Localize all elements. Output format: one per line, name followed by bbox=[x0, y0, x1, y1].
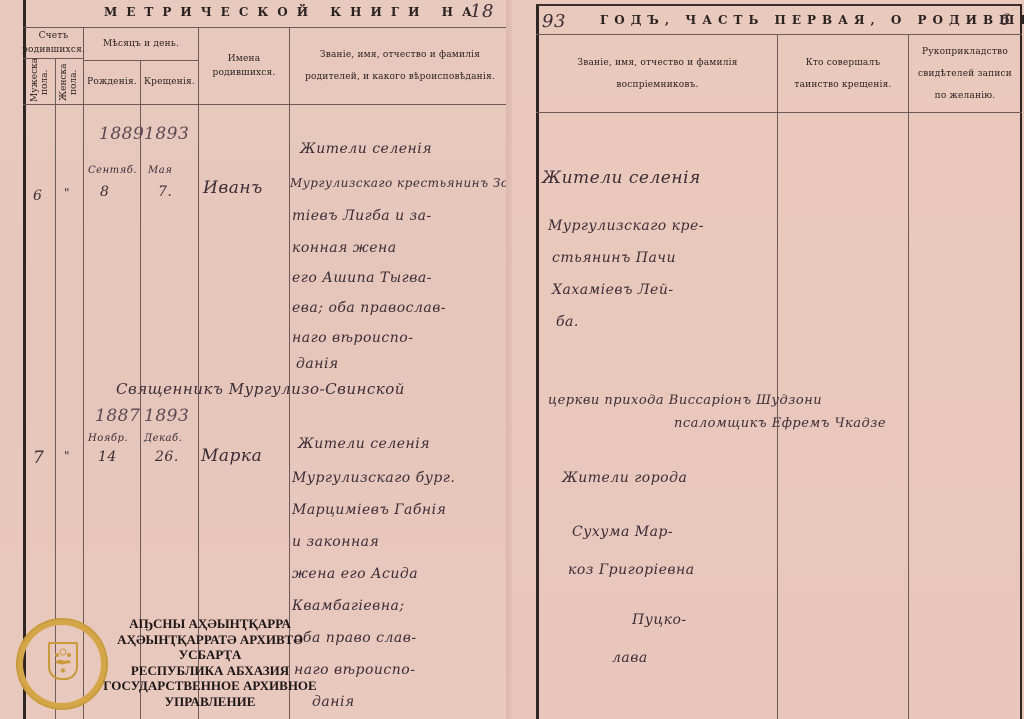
left-margin-rule bbox=[23, 0, 26, 719]
entry-parents-line: тiевъ Лигба и за- bbox=[292, 208, 432, 224]
archive-line: ГОСУДАРСТВЕННОЕ АРХИВНОЕ bbox=[100, 678, 320, 694]
godparents-line: Жители селенія bbox=[542, 168, 701, 188]
header-birth: Рожденія. bbox=[84, 60, 140, 104]
header-date-group: Мѣсяцъ и день. bbox=[84, 28, 198, 60]
header-male: Мужеска пола. bbox=[30, 62, 50, 102]
godparents-line: лава bbox=[612, 650, 648, 666]
entry-baptism-day: 7. bbox=[158, 184, 172, 200]
godparents-line: Пуцко- bbox=[632, 612, 687, 628]
godparents-line: Мургулизскаго кре- bbox=[548, 218, 704, 234]
top-border-rule bbox=[536, 4, 1022, 6]
abkhazia-coat-of-arms-icon bbox=[48, 642, 78, 680]
header-bottom-rule bbox=[536, 112, 1022, 113]
header-bottom-rule bbox=[23, 104, 508, 105]
entry-birth-day: 8 bbox=[100, 184, 109, 200]
archive-seal bbox=[16, 618, 108, 710]
archive-line: УПРАВЛЕНИЕ bbox=[100, 694, 320, 710]
column-rule bbox=[83, 28, 84, 719]
entry-parents-line: Жители селенія bbox=[300, 141, 432, 157]
archive-watermark-text: АҦСНЫ АҲӘЫНҬҚАРРА АҲӘЫНҬҚАРРАТӘ АРХИВТӘ … bbox=[100, 616, 320, 709]
header-names: Имена родившихся. bbox=[199, 28, 289, 104]
entry-baptism-day: 26. bbox=[155, 449, 179, 465]
header-baptism: Крещенія. bbox=[141, 60, 198, 104]
entry-birth-year: 1889 bbox=[99, 124, 144, 144]
entry-parents-line: Мургулизскаго бург. bbox=[292, 470, 455, 486]
header-signatures: Рукоприкладство свидѣтелей записи по жел… bbox=[909, 35, 1021, 112]
entry-parents-line: и законная bbox=[292, 534, 379, 550]
godparents-line: коз Григорiевна bbox=[568, 562, 695, 578]
page-number: 6 bbox=[1000, 10, 1011, 29]
entry-parents-line: наго вѣроиспо- bbox=[292, 330, 413, 346]
archive-line: АҲӘЫНҬҚАРРАТӘ АРХИВТӘ bbox=[100, 632, 320, 648]
priest-note-second-line: псаломщикъ Ефремъ Чкадзе bbox=[674, 416, 886, 431]
entry-parents-line: Квамбагiевна; bbox=[292, 598, 405, 614]
godparents-line: Жители города bbox=[562, 470, 687, 486]
entry-male-count: 6 bbox=[33, 188, 42, 204]
entry-parents-line: конная жена bbox=[292, 240, 397, 256]
godparents-line: стьянинъ Пачи bbox=[552, 250, 676, 266]
entry-baptism-month: Мая bbox=[148, 165, 172, 176]
entry-parents-line: его Ашипа Тыгва- bbox=[292, 270, 432, 286]
header-godparents: Званіе, имя, отчество и фамилія воспріем… bbox=[538, 35, 777, 112]
entry-parents-line: ева; оба православ- bbox=[292, 300, 446, 316]
archive-line: УСБАРҬА bbox=[100, 647, 320, 663]
header-parents: Званіе, имя, отчество и фамилія родителе… bbox=[295, 28, 505, 104]
right-page-title: ГОДЪ, ЧАСТЬ ПЕРВАЯ, О РОДИВШИХСЯ. bbox=[600, 13, 1024, 27]
entry-child-name: Иванъ bbox=[203, 178, 263, 198]
column-rule bbox=[908, 35, 909, 719]
header-female: Женска пола. bbox=[59, 62, 79, 102]
entry-parents-line: Марцимiевъ Габнiя bbox=[292, 502, 446, 518]
left-page-title: МЕТРИЧЕСКОЙ КНИГИ НА bbox=[104, 5, 481, 19]
entry-birth-day: 14 bbox=[98, 449, 117, 465]
godparents-line: Хахамiевъ Лей- bbox=[552, 282, 674, 298]
entry-female-count: " bbox=[64, 186, 70, 200]
column-rule bbox=[777, 35, 778, 719]
entry-parents-line: данія bbox=[296, 356, 339, 372]
archive-line: РЕСПУБЛИКА АБХАЗИЯ bbox=[100, 663, 320, 679]
entry-baptism-year: 1893 bbox=[144, 406, 189, 426]
entry-parents-line: жена его Асида bbox=[292, 566, 418, 582]
title-year-prefix: 18 bbox=[470, 1, 494, 22]
entry-baptism-month: Декаб. bbox=[144, 433, 182, 444]
archive-line: АҦСНЫ АҲӘЫНҬҚАРРА bbox=[100, 616, 320, 632]
header-performed-by: Кто совершалъ таинство крещенія. bbox=[778, 35, 908, 112]
entry-child-name: Марка bbox=[201, 446, 262, 466]
priest-note-left: Священникъ Мургулизо-Свинской bbox=[116, 380, 405, 398]
entry-male-count: 7 bbox=[33, 448, 44, 468]
entry-baptism-year: 1893 bbox=[144, 124, 189, 144]
header-count-group: Счетъ родившихся. bbox=[24, 28, 83, 58]
godparents-line: Сухума Мар- bbox=[572, 524, 673, 540]
right-page: 93 ГОДЪ, ЧАСТЬ ПЕРВАЯ, О РОДИВШИХСЯ. 6 З… bbox=[512, 0, 1024, 719]
entry-birth-month: Сентяб. bbox=[88, 165, 137, 176]
priest-note-right: церкви прихода Виссаріонъ Шудзони bbox=[548, 393, 822, 408]
entry-female-count: " bbox=[64, 449, 70, 463]
entry-birth-month: Ноябр. bbox=[88, 433, 128, 444]
entry-parents-line: Жители селенія bbox=[298, 436, 430, 452]
godparents-line: ба. bbox=[556, 314, 579, 330]
title-year-suffix: 93 bbox=[542, 11, 566, 32]
entry-birth-year: 1887 bbox=[95, 406, 140, 426]
left-page: МЕТРИЧЕСКОЙ КНИГИ НА 18 Счетъ родившихся… bbox=[0, 0, 512, 719]
